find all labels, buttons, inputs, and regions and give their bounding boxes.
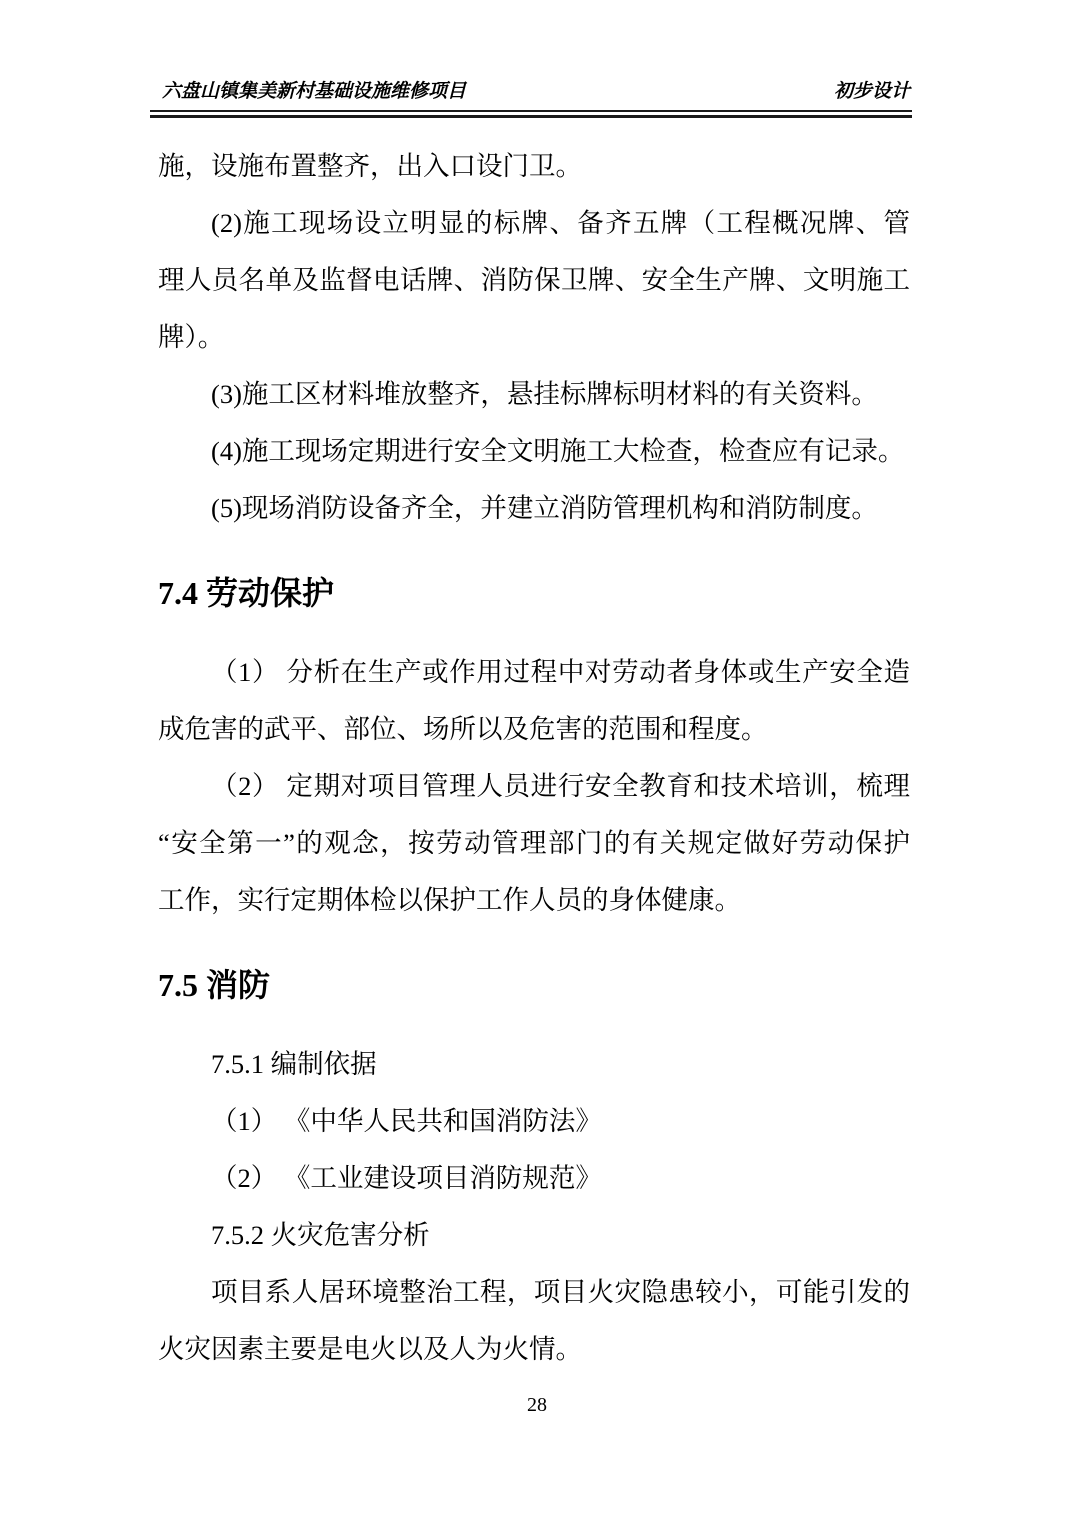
body-line: (5)现场消防设备齐全，并建立消防管理机构和消防制度。 — [158, 480, 910, 537]
body-line: （1） 《中华人民共和国消防法》 — [158, 1093, 910, 1150]
page-footer: 28 — [0, 1392, 1074, 1418]
body-line: 施，设施布置整齐，出入口设门卫。 — [158, 138, 910, 195]
header-row: 六盘山镇集美新村基础设施维修项目 初步设计 — [150, 78, 912, 106]
body-line: 工作，实行定期体检以保护工作人员的身体健康。 — [158, 872, 910, 929]
body-line: （1） 分析在生产或作用过程中对劳动者身体或生产安全造 — [158, 644, 910, 701]
body-line: 理人员名单及监督电话牌、消防保卫牌、安全生产牌、文明施工 — [158, 252, 910, 309]
body-line: 项目系人居环境整治工程，项目火灾隐患较小，可能引发的 — [158, 1264, 910, 1321]
body-line: (3)施工区材料堆放整齐，悬挂标牌标明材料的有关资料。 — [158, 366, 910, 423]
body-line: （2） 《工业建设项目消防规范》 — [158, 1150, 910, 1207]
document-page: 六盘山镇集美新村基础设施维修项目 初步设计 施，设施布置整齐，出入口设门卫。 (… — [0, 0, 1074, 1520]
body-line: 牌）。 — [158, 309, 910, 366]
body-line: 火灾因素主要是电火以及人为火情。 — [158, 1321, 910, 1378]
document-body: 施，设施布置整齐，出入口设门卫。 (2)施工现场设立明显的标牌、备齐五牌（工程概… — [158, 138, 910, 1378]
header-project-title: 六盘山镇集美新村基础设施维修项目 — [162, 78, 466, 106]
body-line: （2） 定期对项目管理人员进行安全教育和技术培训，梳理 — [158, 758, 910, 815]
body-line: “安全第一”的观念，按劳动管理部门的有关规定做好劳动保护 — [158, 815, 910, 872]
header-divider — [150, 110, 912, 118]
header-doc-label: 初步设计 — [834, 78, 910, 106]
body-line: 7.5.2 火灾危害分析 — [158, 1207, 910, 1264]
page-header: 六盘山镇集美新村基础设施维修项目 初步设计 — [150, 78, 912, 118]
body-line: (4)施工现场定期进行安全文明施工大检查，检查应有记录。 — [158, 423, 910, 480]
body-line: 成危害的武平、部位、场所以及危害的范围和程度。 — [158, 701, 910, 758]
page-number: 28 — [527, 1394, 547, 1416]
section-heading-fire-protection: 7.5 消防 — [158, 957, 910, 1014]
section-heading-labor-protection: 7.4 劳动保护 — [158, 565, 910, 622]
body-line: (2)施工现场设立明显的标牌、备齐五牌（工程概况牌、管 — [158, 195, 910, 252]
body-line: 7.5.1 编制依据 — [158, 1036, 910, 1093]
